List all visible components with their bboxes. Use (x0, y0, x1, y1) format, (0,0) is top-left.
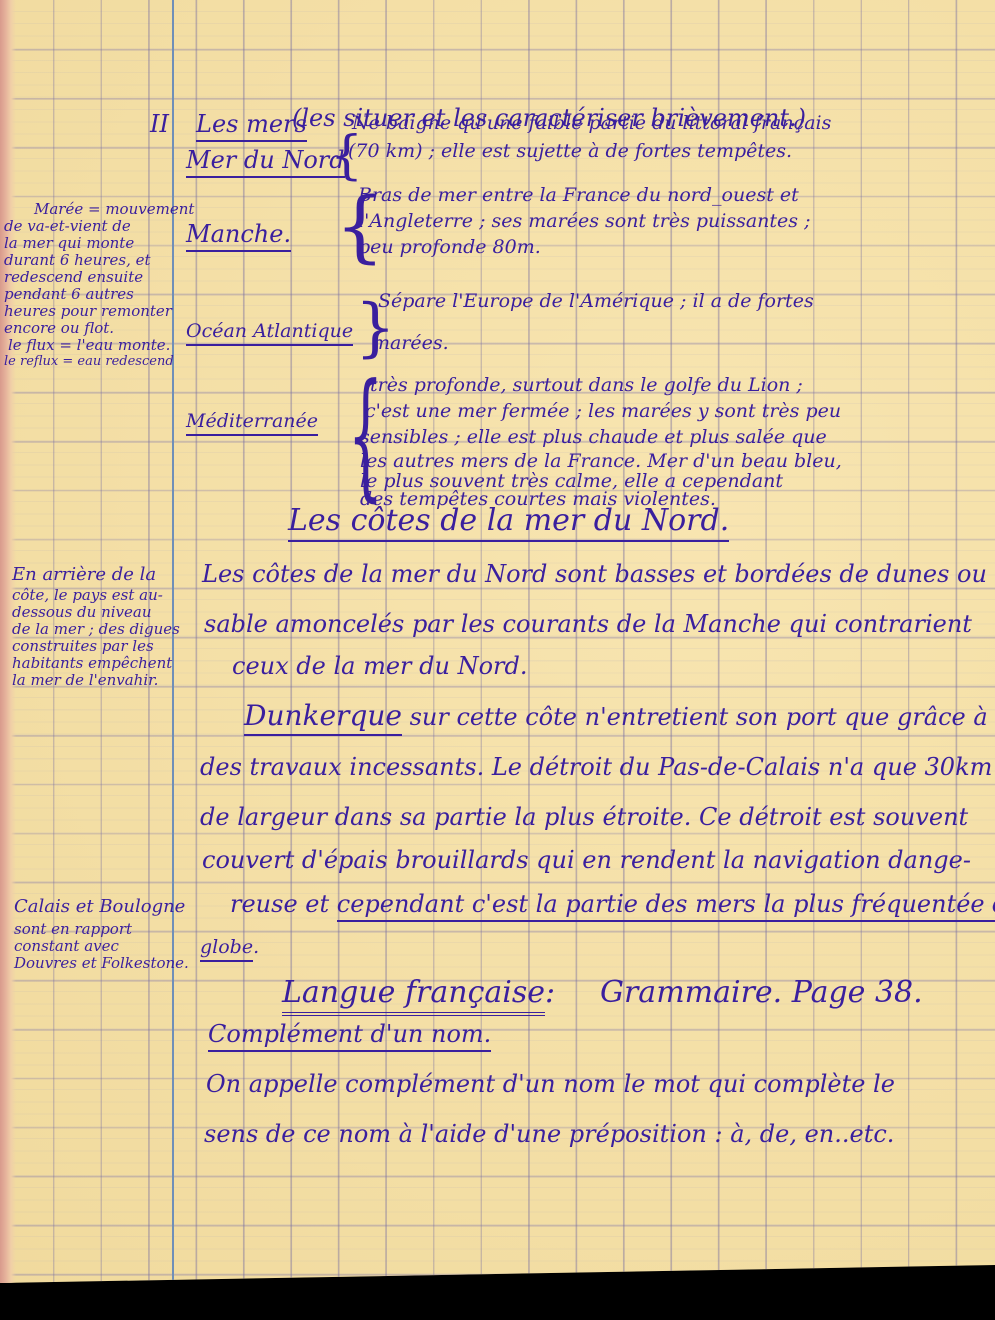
section-number: II (150, 112, 169, 136)
entry-line: marées. (372, 334, 449, 353)
margin-note-calais: Calais et Boulogne sont en rapport const… (14, 898, 189, 973)
entry-line: très profonde, surtout dans le golfe du … (370, 376, 803, 395)
entry-name-mediterranee: Méditerranée (186, 412, 318, 431)
paragraph-line: reuse et cependant c'est la partie des m… (230, 892, 995, 916)
entry-line: l'Angleterre ; ses marées sont très puis… (358, 212, 810, 231)
entry-name-manche: Manche. (186, 222, 291, 246)
section-title-cotes: Les côtes de la mer du Nord. (288, 506, 729, 536)
margin-note-maree: Marée = mouvement de va-et-vient de la m… (4, 202, 194, 372)
grammar-page-ref: Grammaire. Page 38. (600, 978, 923, 1008)
section-title: Les mers (196, 112, 307, 136)
paragraph-line: Dunkerque sur cette côte n'entretient so… (244, 702, 988, 730)
entry-line: Ne baigne qu'une faible partie du littor… (352, 114, 831, 133)
lesson-title: Complément d'un nom. (208, 1022, 491, 1046)
notebook-page: II Les mers (les situer et les caractéri… (0, 0, 995, 1283)
entry-line: sensibles ; elle est plus chaude et plus… (360, 428, 827, 447)
paragraph-line: globe. (200, 938, 259, 957)
paragraph-line: de largeur dans sa partie la plus étroit… (200, 805, 968, 829)
entry-name-ocean-atlantique: Océan Atlantique (186, 322, 353, 341)
entry-line: les autres mers de la France. Mer d'un b… (360, 452, 842, 471)
paragraph-line: couvert d'épais brouillards qui en rende… (202, 848, 971, 872)
margin-note-cote: En arrière de la côte, le pays est au- d… (12, 566, 180, 690)
paragraph-line: sable amoncelés par les courants de la M… (204, 612, 972, 636)
entry-line: (70 km) ; elle est sujette à de fortes t… (348, 142, 792, 161)
entry-line: Sépare l'Europe de l'Amérique ; il a de … (378, 292, 814, 311)
paragraph-line: Les côtes de la mer du Nord sont basses … (202, 562, 995, 586)
section-title-langue-francaise: Langue française: (282, 978, 555, 1008)
lesson-line: sens de ce nom à l'aide d'une prépositio… (204, 1122, 894, 1146)
entry-line: c'est une mer fermée ; les marées y sont… (365, 402, 841, 421)
entry-line: Bras de mer entre la France du nord_oues… (358, 186, 799, 205)
entry-name-mer-du-nord: Mer du Nord (186, 148, 345, 172)
paragraph-line: des travaux incessants. Le détroit du Pa… (200, 755, 992, 779)
lesson-line: On appelle complément d'un nom le mot qu… (206, 1072, 895, 1096)
entry-line: peu profonde 80m. (358, 238, 541, 257)
paragraph-line: ceux de la mer du Nord. (232, 654, 528, 678)
